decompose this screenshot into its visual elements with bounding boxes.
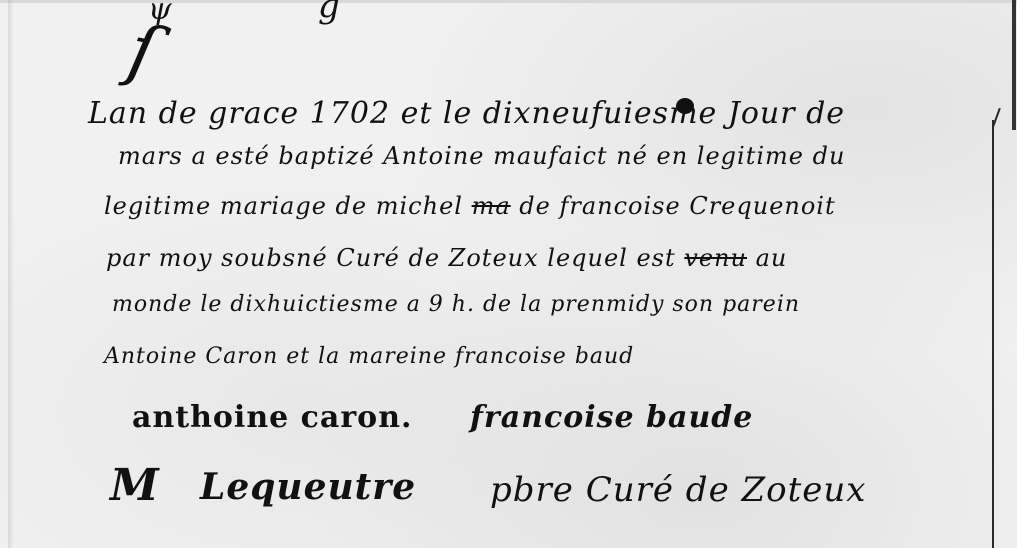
scanned-register-page: ψ g ſ Lan de grace 1702 et le dixneufuie…	[0, 0, 1017, 548]
top-flourish-2: g	[318, 0, 340, 26]
entry-line-5: monde le dixhuictiesme a 9 h. de la pren…	[112, 292, 800, 317]
godfather-signature: anthoine caron.	[132, 400, 412, 435]
priest-title: pbre Curé de Zoteux	[490, 470, 866, 510]
margin-rule-top	[1012, 0, 1016, 130]
priest-signature: Lequeutre	[200, 466, 416, 508]
entry-line-2: mars a esté baptizé Antoine maufaict né …	[118, 142, 845, 170]
priest-initial: M	[110, 460, 160, 511]
godmother-signature: francoise baude	[470, 400, 753, 435]
right-margin-rule	[992, 120, 994, 548]
entry-line-4: par moy soubsné Curé de Zoteux lequel es…	[106, 244, 787, 272]
entry-line-6: Antoine Caron et la mareine francoise ba…	[104, 344, 634, 369]
struck-word: ma	[472, 192, 511, 220]
struck-word: venu	[684, 244, 747, 272]
page-left-edge-shadow	[8, 0, 14, 548]
top-flourish-3: ſ	[122, 8, 164, 94]
entry-line-1: Lan de grace 1702 et le dixneufuiesme Jo…	[88, 96, 845, 131]
entry-line-3: legitime mariage de michel ma de francoi…	[104, 192, 836, 220]
